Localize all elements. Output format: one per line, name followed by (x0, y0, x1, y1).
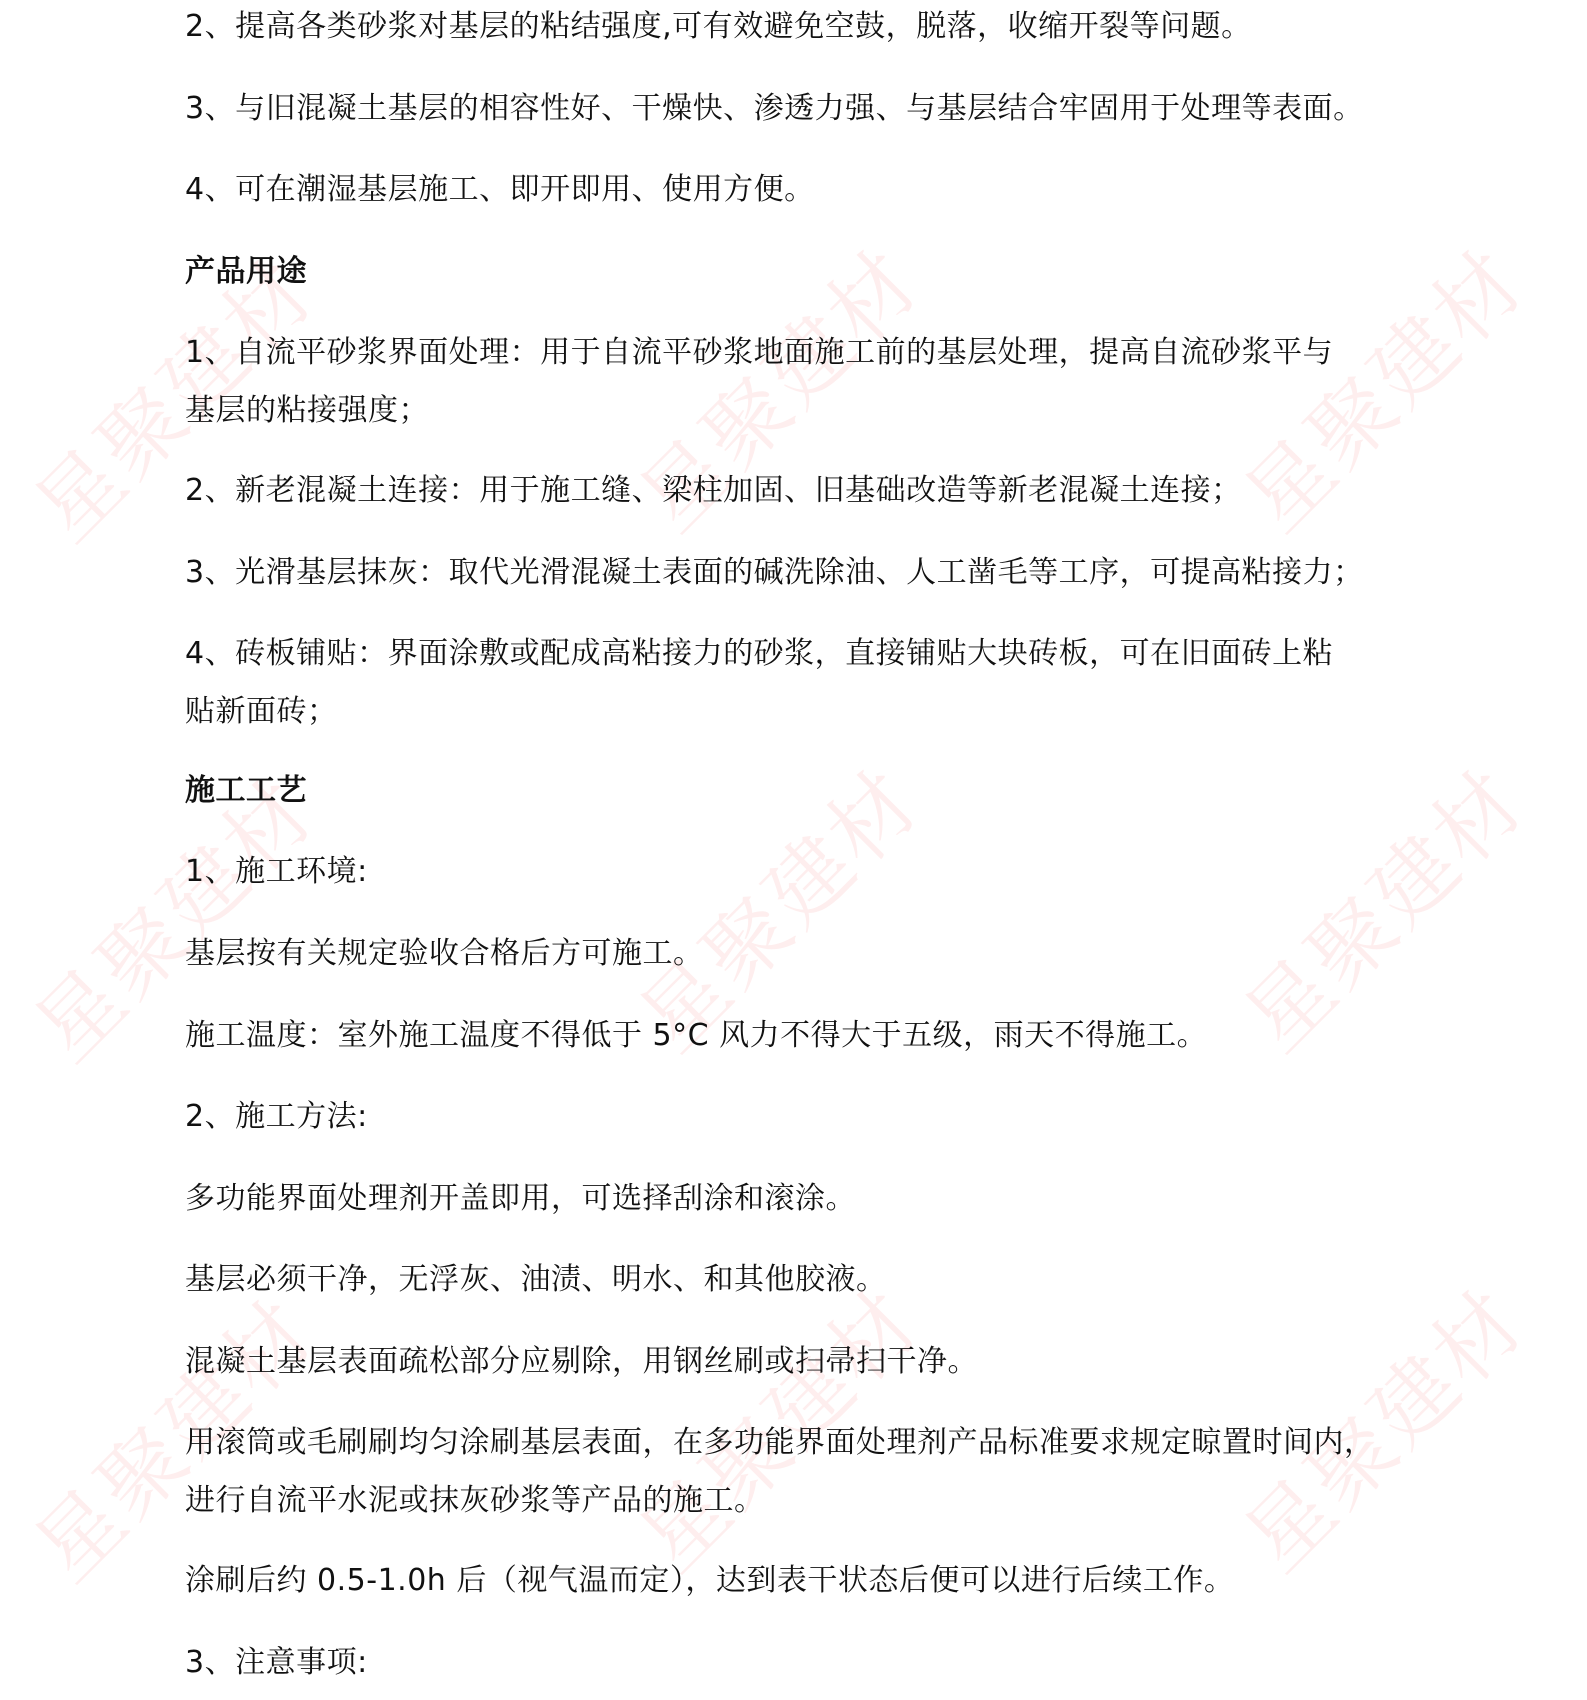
feature-item: 2、提高各类砂浆对基层的粘结强度,可有效避免空鼓，脱落，收缩开裂等问题。 (185, 0, 1425, 56)
process-line: 基层按有关规定验收合格后方可施工。 (185, 925, 1425, 983)
section-heading-process: 施工工艺 (185, 762, 1425, 820)
usage-item: 4、砖板铺贴：界面涂敷或配成高粘接力的砂浆，直接铺贴大块砖板，可在旧面砖上粘 贴… (185, 625, 1425, 741)
subsection-title-method: 2、施工方法: (185, 1088, 1425, 1146)
feature-item: 4、可在潮湿基层施工、即开即用、使用方便。 (185, 161, 1425, 219)
process-line: 基层必须干净，无浮灰、油渍、明水、和其他胶液。 (185, 1251, 1425, 1309)
subsection-title-notes: 3、注意事项: (185, 1634, 1425, 1692)
usage-item: 2、新老混凝土连接：用于施工缝、梁柱加固、旧基础改造等新老混凝土连接； (185, 462, 1425, 520)
process-line: 施工温度：室外施工温度不得低于 5°C 风力不得大于五级，雨天不得施工。 (185, 1007, 1425, 1065)
process-line: 混凝土基层表面疏松部分应剔除，用钢丝刷或扫帚扫干净。 (185, 1333, 1425, 1391)
usage-item: 1、自流平砂浆界面处理：用于自流平砂浆地面施工前的基层处理，提高自流砂浆平与 基… (185, 324, 1425, 440)
section-heading-usage: 产品用途 (185, 243, 1425, 301)
process-line: 多功能界面处理剂开盖即用，可选择刮涂和滚涂。 (185, 1170, 1425, 1228)
feature-item: 3、与旧混凝土基层的相容性好、干燥快、渗透力强、与基层结合牢固用于处理等表面。 (185, 80, 1425, 138)
process-line: 用滚筒或毛刷刷均匀涂刷基层表面，在多功能界面处理剂产品标准要求规定晾置时间内， … (185, 1414, 1425, 1530)
usage-item: 3、光滑基层抹灰：取代光滑混凝土表面的碱洗除油、人工凿毛等工序，可提高粘接力； (185, 544, 1425, 602)
subsection-title-environment: 1、施工环境: (185, 843, 1425, 901)
process-line: 涂刷后约 0.5-1.0h 后（视气温而定），达到表干状态后便可以进行后续工作。 (185, 1552, 1425, 1610)
